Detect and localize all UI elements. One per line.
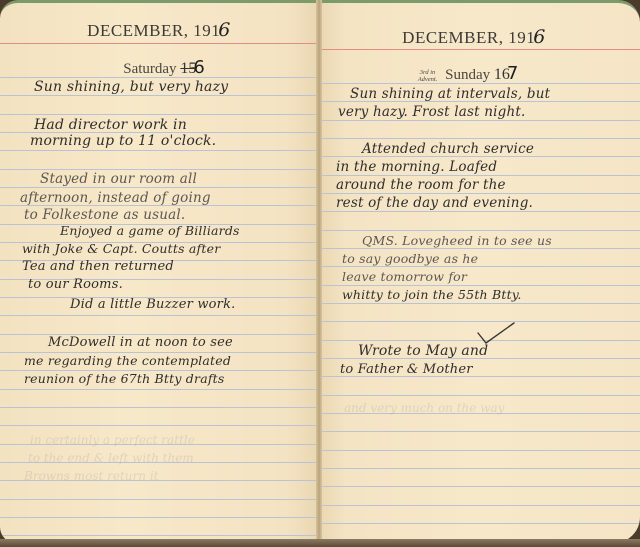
left-entry-line-10: to our Rooms. [28,277,123,292]
right-entry-line-2: very hazy. Frost last night. [338,104,526,120]
right-red-rule [320,49,640,50]
left-entry-line-6: to Folkestone as usual. [24,207,185,223]
left-entry-line-1: Sun shining, but very hazy [34,79,228,95]
right-page: DECEMBER, 1916 3rd inAdvent. Sunday 167 [320,0,640,543]
left-page: DECEMBER, 1916 Saturday 156 [0,0,318,543]
right-entry-line-12: to Father & Mother [340,362,473,377]
left-header-handwritten-digit: 6 [218,19,231,41]
left-day-line: Saturday 156 [0,57,318,78]
right-entry-line-11: Wrote to May and [358,343,488,359]
right-handwritten-date: 7 [507,63,518,84]
left-handwritten-date: 6 [193,57,204,78]
right-entry-line-9: leave tomorrow for [342,269,467,284]
left-header-printed: DECEMBER, 191 [87,21,220,40]
right-weekday: Sunday [445,67,490,83]
right-entry-line-5: around the room for the [336,177,506,193]
right-entry-line-4: in the morning. Loafed [336,159,497,175]
right-entry-line-8: to say goodbye as he [342,251,478,266]
left-page-header: DECEMBER, 1916 [0,19,318,41]
left-entry-line-8: with Joke & Capt. Coutts after [22,241,220,256]
left-entry-line-7: Enjoyed a game of Billiards [60,223,240,238]
left-entry-line-3: morning up to 11 o'clock. [30,133,216,149]
left-entry-line-2: Had director work in [34,117,187,133]
left-entry-line-13: me regarding the contemplated [24,353,231,368]
left-entry-line-12: McDowell in at noon to see [48,335,233,350]
left-weekday: Saturday [123,61,176,77]
right-entry-line-10: whitty to join the 55th Btty. [342,287,522,302]
left-entry-line-9: Tea and then returned [22,259,174,274]
left-entry-line-11: Did a little Buzzer work. [70,297,236,312]
book-gutter [316,0,322,547]
liturgical-note: 3rd inAdvent. [418,69,438,83]
diary-spread: DECEMBER, 1916 Saturday 156 [0,0,640,547]
left-entry-line-4: Stayed in our room all [40,171,197,187]
left-red-rule [0,43,318,44]
left-entry-line-14: reunion of the 67th Btty drafts [24,371,225,386]
right-entry-line-1: Sun shining at intervals, but [350,86,550,102]
right-entry-line-6: rest of the day and evening. [336,195,533,211]
right-entry-line-7: QMS. Lovegheed in to see us [362,233,552,248]
right-header-printed: DECEMBER, 191 [402,28,535,47]
book-bottom-edge [0,539,640,547]
right-entry-line-3: Attended church service [362,141,534,157]
right-header-handwritten-digit: 6 [533,26,546,48]
left-entry-line-5: afternoon, instead of going [20,190,211,206]
checkmark-icon [476,321,516,345]
right-day-line: 3rd inAdvent. Sunday 167 [320,63,640,84]
right-page-header: DECEMBER, 1916 [320,26,640,48]
